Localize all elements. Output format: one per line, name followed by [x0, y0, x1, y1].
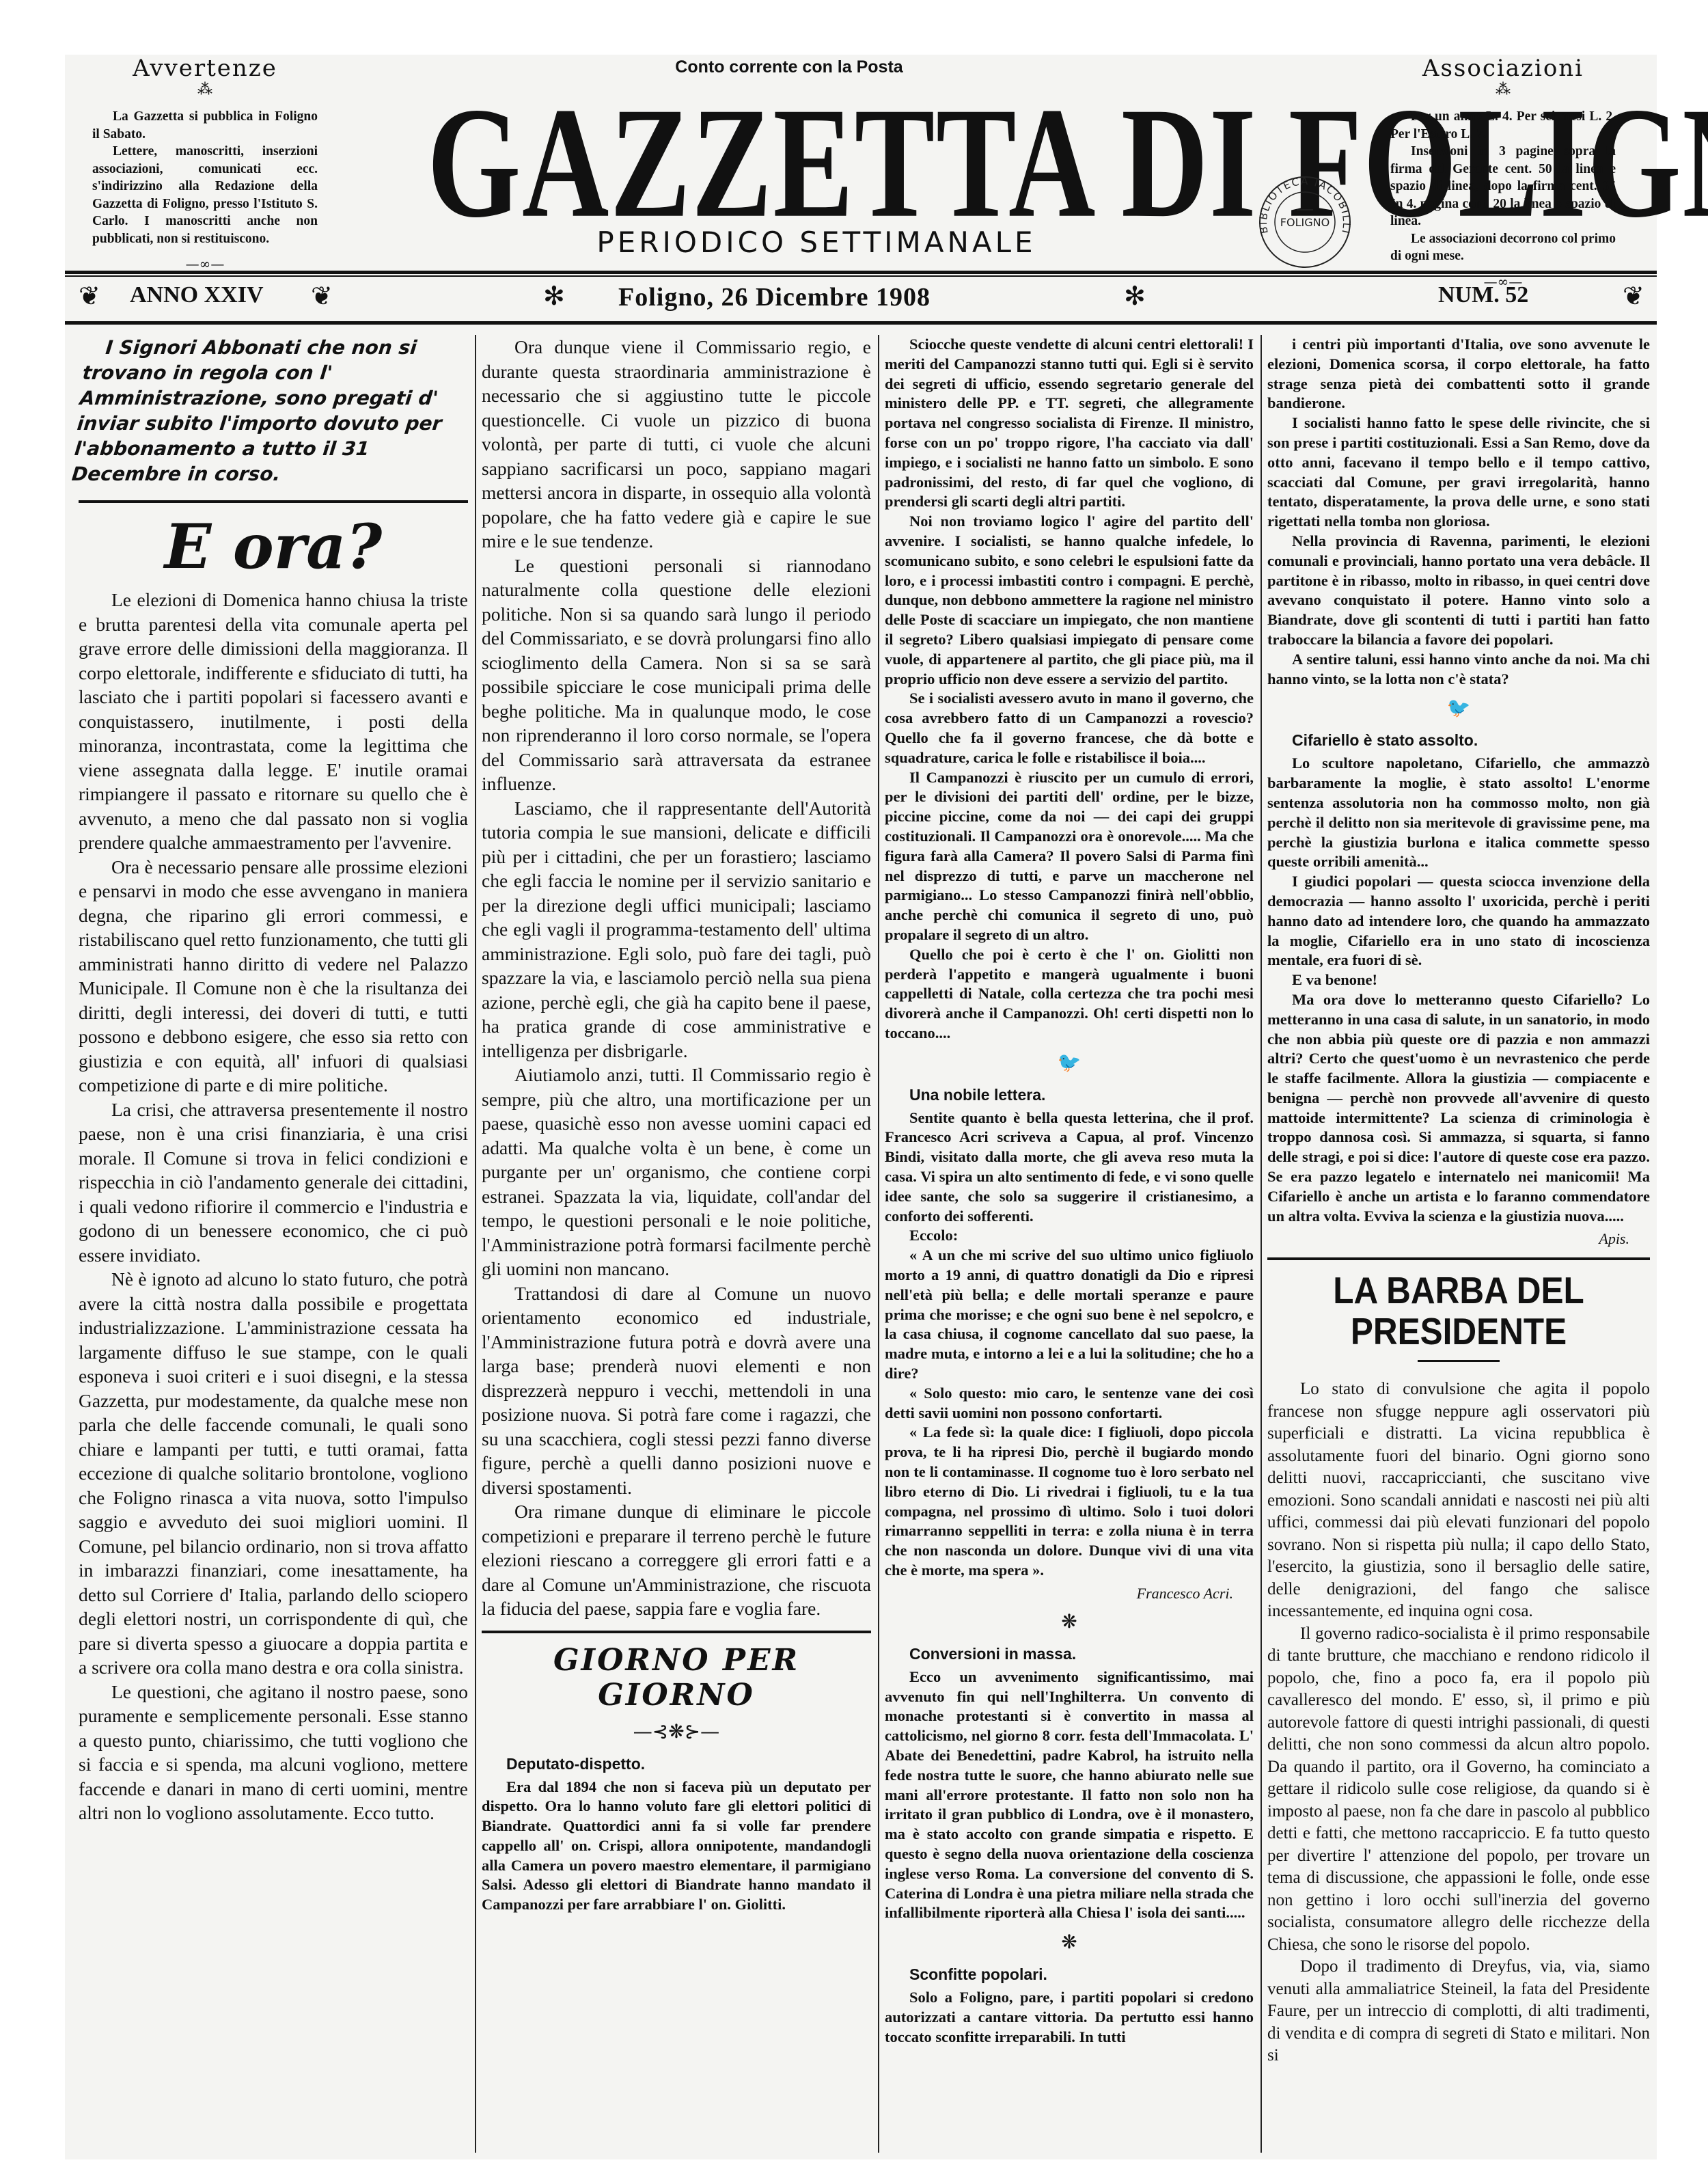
bird-icon: 🐦: [1267, 694, 1650, 722]
article-paragraph: Il Campanozzi è riuscito per un cumulo d…: [885, 768, 1254, 945]
column-3: Sciocche queste vendette di alcuni centr…: [885, 335, 1254, 2047]
ornament-icon: —∞—: [92, 256, 318, 272]
avvertenze-box: Avvertenze ⁂ La Gazzetta si pubblica in …: [92, 55, 318, 272]
column-2: Ora dunque viene il Commissario regio, e…: [482, 335, 871, 1915]
issue-date: Foligno, 26 Dicembre 1908: [618, 282, 931, 312]
article-headline: E ora?: [79, 513, 468, 581]
ornament-icon: —⊰❋⊱—: [482, 1718, 871, 1745]
avvertenze-text: La Gazzetta si pubblica in Foligno il Sa…: [92, 108, 318, 143]
rule: [65, 271, 1657, 274]
column-divider: [878, 335, 879, 2153]
article-paragraph: Ora è necessario pensare alle prossime e…: [79, 855, 468, 1098]
column-1: I Signori Abbonati che non si trovano in…: [79, 335, 468, 1825]
dateline: ❦ ANNO XXIV ❦ ✻ Foligno, 26 Dicembre 190…: [65, 277, 1657, 318]
item-paragraph: « A un che mi scrive del suo ultimo unic…: [885, 1246, 1254, 1384]
star-icon: ✻: [1124, 277, 1146, 315]
article-paragraph: Se i socialisti avessero avuto in mano i…: [885, 689, 1254, 767]
item-paragraph: Ma ora dove lo metteranno questo Cifarie…: [1267, 990, 1650, 1227]
asterism-icon: ❋: [885, 1608, 1254, 1635]
item-paragraph: Ecco un avvenimento significantissimo, m…: [885, 1667, 1254, 1923]
article-paragraph: La crisi, che attraversa presentemente i…: [79, 1098, 468, 1268]
article-paragraph: Nè è ignoto ad alcuno lo stato futuro, c…: [79, 1267, 468, 1680]
item-paragraph: Era dal 1894 che non si faceva più un de…: [482, 1777, 871, 1916]
subscription-notice: I Signori Abbonati che non si trovano in…: [70, 335, 476, 487]
associazioni-text: Inserzioni in 3 pagine sopra la firma de…: [1390, 143, 1616, 230]
item-paragraph: « Solo questo: mio caro, le sentenze van…: [885, 1384, 1254, 1423]
library-stamp-icon: BIBLIOTECA IACOBILLI FOLIGNO: [1257, 174, 1353, 270]
article-paragraph: Il governo radico-socialista è il primo …: [1267, 1623, 1650, 1957]
bird-icon: 🐦: [885, 1049, 1254, 1076]
associazioni-text: Le associazioni decorrono col primo di o…: [1390, 230, 1616, 265]
section-title: GIORNO PER GIORNO: [482, 1643, 871, 1713]
signature: Apis.: [1267, 1230, 1629, 1248]
article-paragraph: Nella provincia di Ravenna, parimenti, l…: [1267, 532, 1650, 650]
anno-label: ANNO XXIV: [130, 282, 264, 308]
item-paragraph: Lo scultore napoletano, Cifariello, che …: [1267, 754, 1650, 872]
item-heading: Conversioni in massa.: [909, 1645, 1254, 1663]
rule: [1418, 1360, 1500, 1362]
ornament-icon: ⁂: [1390, 82, 1616, 98]
asterism-icon: ❋: [885, 1929, 1254, 1956]
item-heading: Cifariello è stato assolto.: [1292, 731, 1650, 750]
article-paragraph: Le elezioni di Domenica hanno chiusa la …: [79, 588, 468, 855]
article-paragraph: Ora dunque viene il Commissario regio, e…: [482, 335, 871, 554]
article-paragraph: Ora rimane dunque di eliminare le piccol…: [482, 1499, 871, 1621]
stamp-inner-text: FOLIGNO: [1280, 216, 1330, 229]
signature: Francesco Acri.: [885, 1585, 1233, 1603]
item-heading: Deputato-dispetto.: [506, 1755, 871, 1773]
item-paragraph: Eccolo:: [885, 1226, 1254, 1246]
article-paragraph: i centri più importanti d'Italia, ove so…: [1267, 335, 1650, 413]
column-4: i centri più importanti d'Italia, ove so…: [1267, 335, 1650, 2067]
avvertenze-text: Lettere, manoscritti, inserzioni associa…: [92, 143, 318, 247]
article-paragraph: Le questioni, che agitano il nostro paes…: [79, 1680, 468, 1825]
ornament-icon: ⁂: [92, 82, 318, 98]
article-paragraph: Le questioni personali si riannodano nat…: [482, 554, 871, 796]
issue-number: NUM. 52: [1438, 282, 1528, 308]
associazioni-title: Associazioni: [1390, 55, 1616, 82]
article-paragraph: Noi non troviamo logico l' agire del par…: [885, 512, 1254, 689]
item-paragraph: Sentite quanto è bella questa letterina,…: [885, 1108, 1254, 1227]
article-paragraph: Aiutiamolo anzi, tutti. Il Commissario r…: [482, 1063, 871, 1281]
star-icon: ✻: [543, 277, 565, 315]
rule: [1267, 1257, 1650, 1260]
newspaper-title: GAZZETTA DI FOLIGNO: [427, 89, 1362, 236]
item-heading: Una nobile lettera.: [909, 1086, 1254, 1104]
fleuron-icon: ❦: [79, 277, 100, 315]
item-paragraph: Solo a Foligno, pare, i partiti popolari…: [885, 1988, 1254, 2047]
column-divider: [475, 335, 476, 2153]
newspaper-page: Avvertenze ⁂ La Gazzetta si pubblica in …: [65, 55, 1657, 2159]
article-paragraph: Lasciamo, che il rappresentante dell'Aut…: [482, 796, 871, 1063]
article-paragraph: Sciocche queste vendette di alcuni centr…: [885, 335, 1254, 512]
fleuron-icon: ❦: [311, 277, 333, 315]
item-paragraph: E va benone!: [1267, 970, 1650, 990]
fleuron-icon: ❦: [1623, 277, 1644, 315]
article-paragraph: Quello che poi è certo è che l' on. Giol…: [885, 945, 1254, 1044]
avvertenze-title: Avvertenze: [92, 55, 318, 82]
column-divider: [1261, 335, 1262, 2153]
masthead: Avvertenze ⁂ La Gazzetta si pubblica in …: [65, 55, 1657, 270]
article-headline: LA BARBA DEL PRESIDENTE: [1286, 1270, 1631, 1352]
item-paragraph: I giudici popolari — questa sciocca inve…: [1267, 872, 1650, 970]
article-paragraph: Dopo il tradimento di Dreyfus, via, via,…: [1267, 1956, 1650, 2067]
rule: [482, 1631, 871, 1633]
rule: [79, 500, 468, 503]
article-paragraph: A sentire taluni, essi hanno vinto anche…: [1267, 650, 1650, 690]
associazioni-text: Per un anno L. 4. Per sei mesi L. 2. Per…: [1390, 108, 1616, 143]
item-paragraph: « La fede sì: la quale dice: I figliuoli…: [885, 1423, 1254, 1580]
item-heading: Sconfitte popolari.: [909, 1965, 1254, 1984]
article-paragraph: Lo stato di convulsione che agita il pop…: [1267, 1378, 1650, 1623]
newspaper-subtitle: PERIODICO SETTIMANALE: [475, 226, 1158, 259]
associazioni-box: Associazioni ⁂ Per un anno L. 4. Per sei…: [1390, 55, 1616, 290]
article-paragraph: I socialisti hanno fatto le spese delle …: [1267, 413, 1650, 532]
rule: [65, 321, 1657, 325]
article-paragraph: Trattandosi di dare al Comune un nuovo o…: [482, 1281, 871, 1500]
